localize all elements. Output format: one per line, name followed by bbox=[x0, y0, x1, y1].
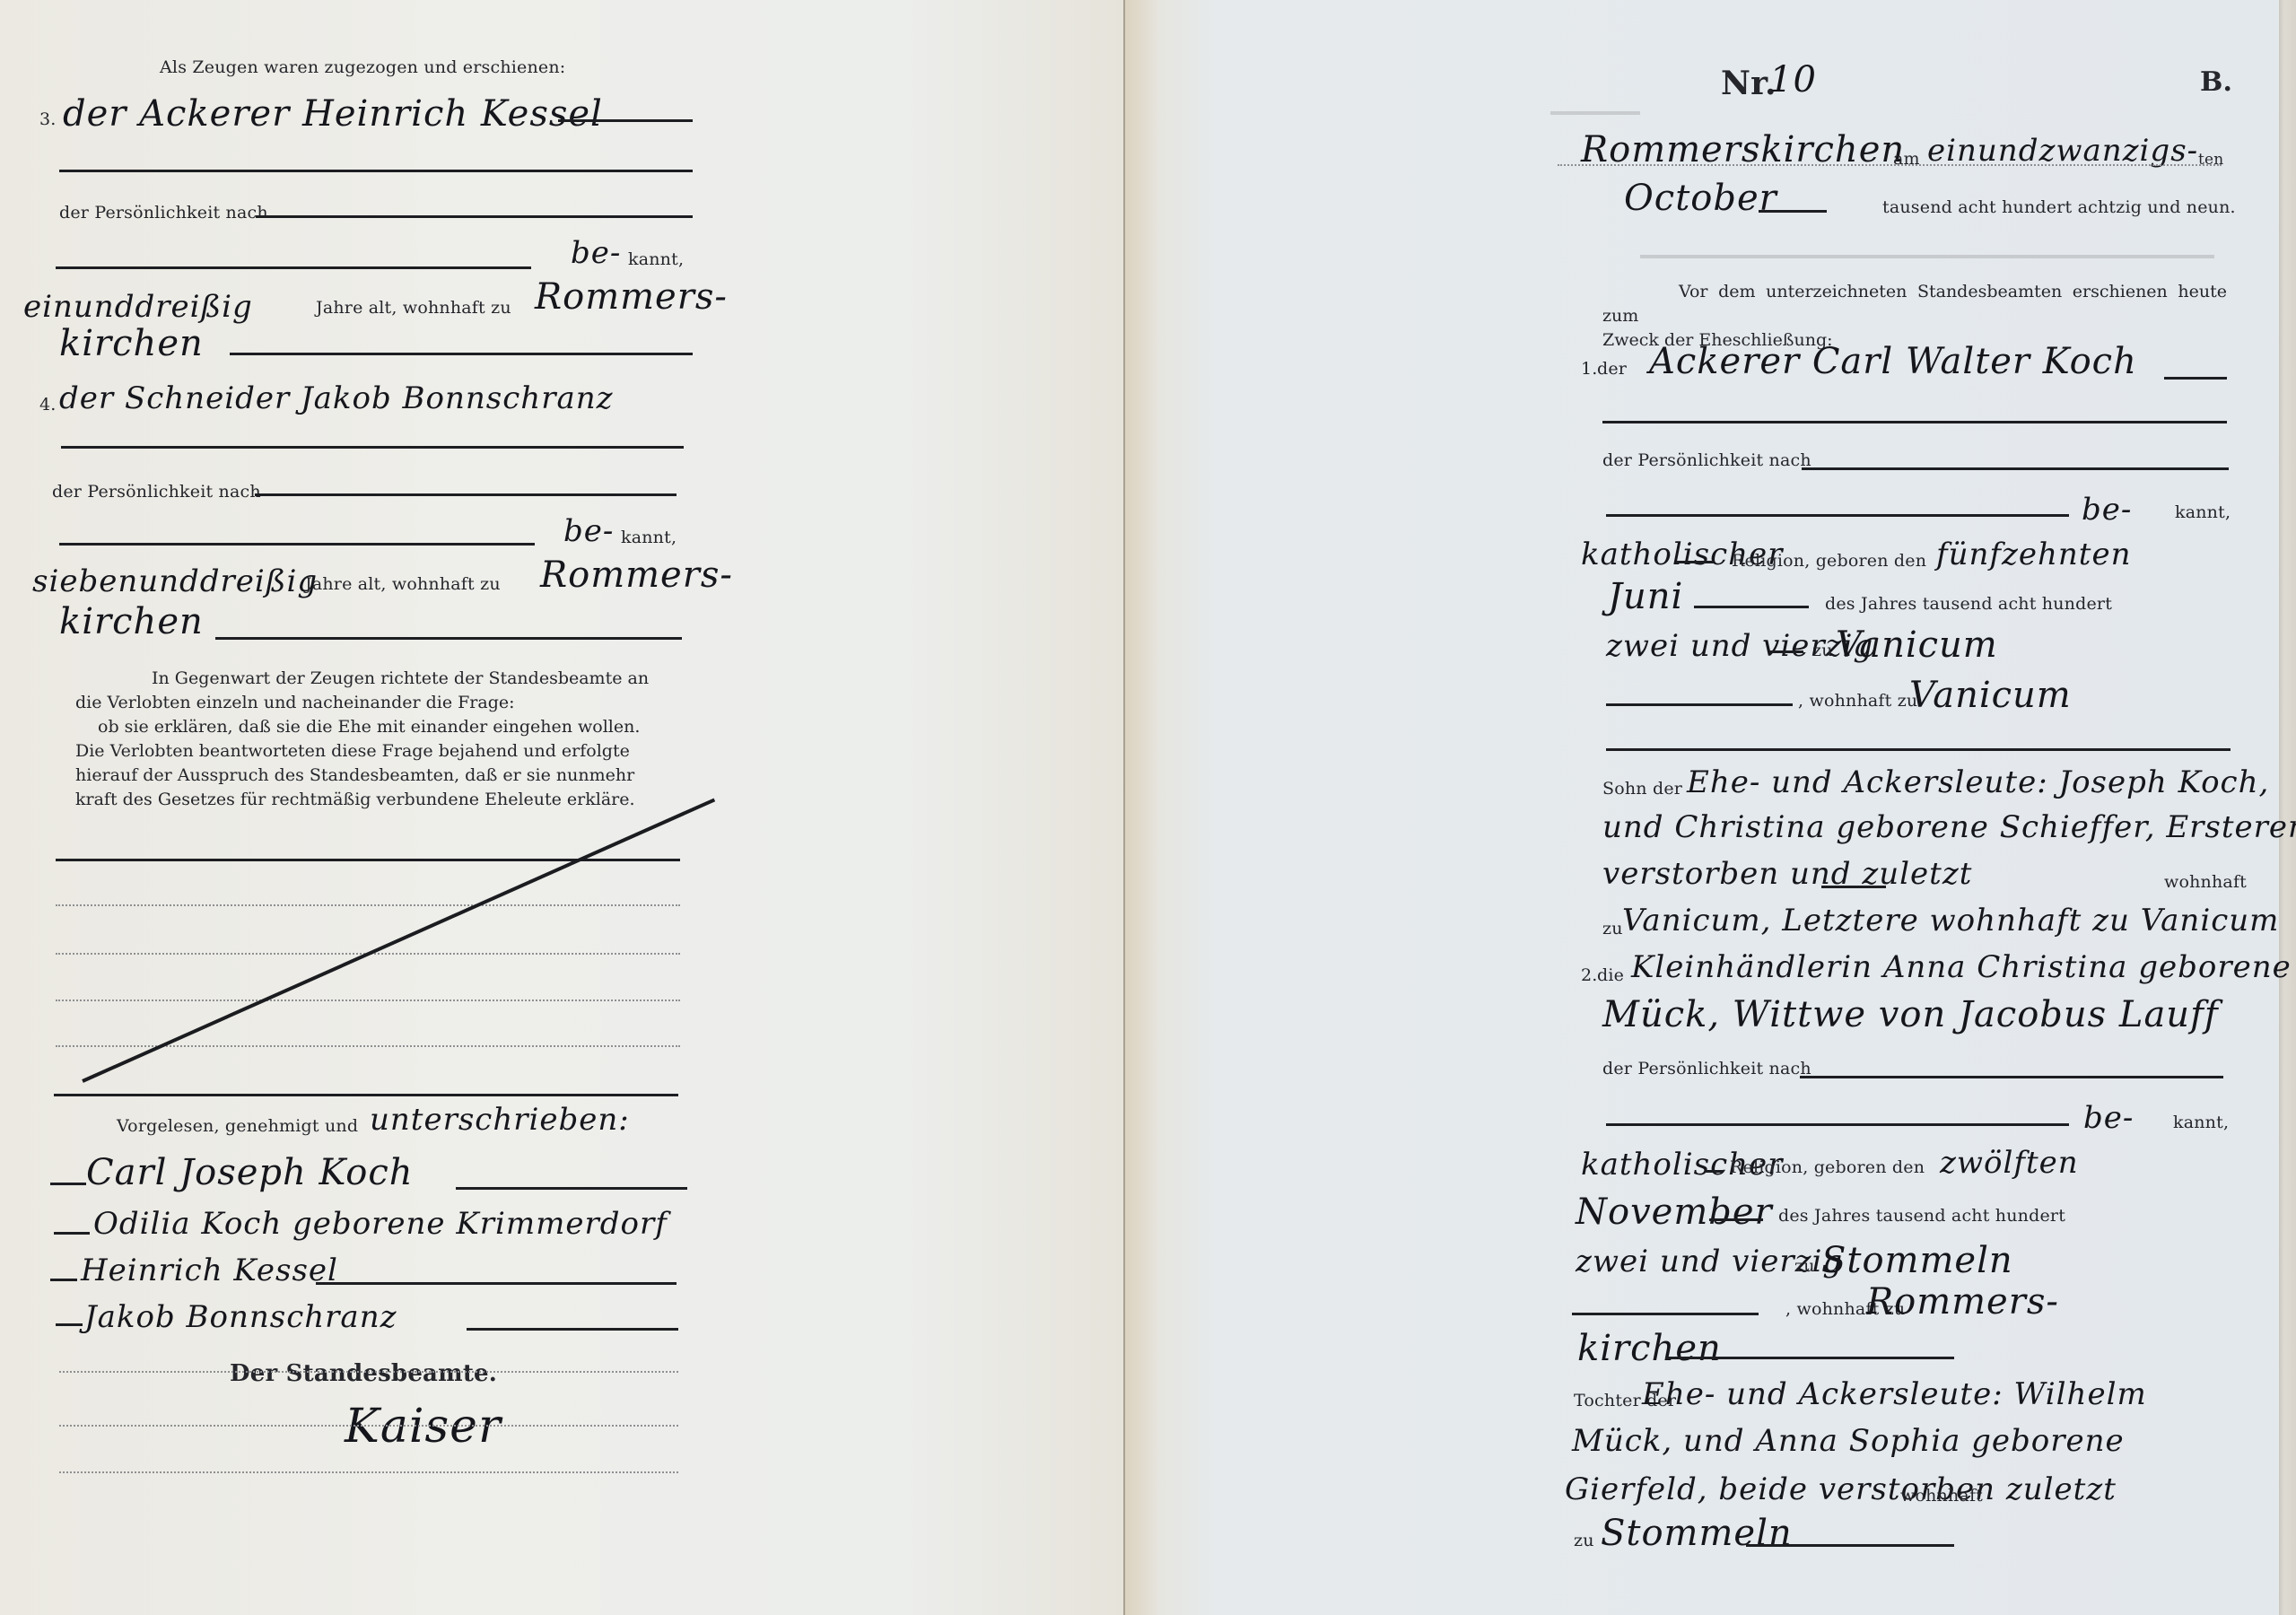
signature-bride: Odilia Koch geborene Krimmerdorf bbox=[93, 1206, 668, 1242]
witness-4-age: siebenunddreißig bbox=[32, 563, 318, 599]
rule bbox=[56, 859, 680, 861]
ghost-rule bbox=[1550, 111, 1640, 115]
bride-parents-line-3: Gierfeld, beide verstorben zuletzt bbox=[1565, 1471, 2117, 1507]
witness-3-known-hand: be- bbox=[571, 235, 621, 271]
groom-residence: Vanicum bbox=[1909, 675, 2072, 716]
witness-3-personality-label: der Persönlichkeit nach bbox=[59, 203, 268, 223]
bride-residence-2: kirchen bbox=[1577, 1328, 1722, 1369]
ceremony-line: hierauf der Ausspruch des Standesbeamten… bbox=[75, 764, 678, 788]
rule bbox=[1709, 1218, 1763, 1221]
bride-parents-line-1: Ehe- und Ackersleute: Wilhelm bbox=[1642, 1376, 2147, 1412]
rule bbox=[1572, 1313, 1759, 1315]
groom-residence-label: , wohnhaft zu bbox=[1798, 691, 1917, 711]
bride-birth-day: zwölften bbox=[1940, 1145, 2079, 1181]
witness-4-name: der Schneider Jakob Bonnschranz bbox=[59, 380, 614, 416]
rule bbox=[1665, 1357, 1954, 1359]
rule bbox=[1694, 606, 1809, 608]
rule bbox=[61, 446, 684, 449]
rule bbox=[316, 1282, 677, 1285]
dotted-rule bbox=[59, 1371, 678, 1373]
bride-parents-line-4: Stommeln bbox=[1601, 1513, 1793, 1554]
groom-known-print: kannt, bbox=[2175, 502, 2231, 522]
witness-4-residence-2: kirchen bbox=[59, 601, 204, 642]
rule bbox=[50, 1183, 86, 1185]
groom-religion-label: Religion, geboren den bbox=[1732, 551, 1926, 571]
bride-residence-1: Rommers- bbox=[1866, 1281, 2059, 1323]
marriage-year: tausend acht hundert achtzig und neun. bbox=[1882, 197, 2236, 217]
signature-groom: Carl Joseph Koch bbox=[86, 1152, 414, 1193]
groom-parents-wohnhaft: wohnhaft bbox=[2164, 872, 2247, 892]
groom-parents-line-3: verstorben und zuletzt bbox=[1602, 856, 1972, 892]
witnesses-heading: Als Zeugen waren zugezogen und erschiene… bbox=[160, 57, 565, 77]
bride-parents-wohnhaft: wohnhaft bbox=[1900, 1486, 1983, 1506]
rule bbox=[54, 1094, 678, 1096]
rule bbox=[1606, 1123, 2069, 1126]
registrar-label: Der Standesbeamte. bbox=[230, 1360, 497, 1387]
dotted-rule bbox=[59, 1425, 678, 1427]
rule bbox=[56, 266, 531, 269]
rule bbox=[1606, 703, 1793, 706]
ceremony-line: kraft des Gesetzes für rechtmäßig verbun… bbox=[75, 788, 678, 812]
rule bbox=[256, 215, 693, 218]
rule bbox=[59, 543, 535, 546]
ceremony-line: In Gegenwart der Zeugen richtete der Sta… bbox=[75, 667, 678, 691]
witness-4-residence-1: Rommers- bbox=[540, 554, 733, 596]
bride-birth-place: Stommeln bbox=[1821, 1240, 2013, 1281]
witness-3-residence-1: Rommers- bbox=[535, 276, 728, 318]
groom-parents-line-4: Vanicum, Letztere wohnhaft zu Vanicum bbox=[1622, 903, 2279, 938]
dotted-rule bbox=[56, 1045, 680, 1047]
signature-witness-3: Heinrich Kessel bbox=[81, 1253, 338, 1288]
intro-line: Vor dem unterzeichneten Standesbeamten e… bbox=[1602, 280, 2227, 328]
ghost-rule bbox=[1640, 255, 2214, 258]
groom-parents-line-2: und Christina geborene Schieffer, Erster… bbox=[1602, 809, 2296, 845]
bride-name-line-1: Kleinhändlerin Anna Christina geborene bbox=[1631, 949, 2292, 985]
ceremony-line: ob sie erklären, daß sie die Ehe mit ein… bbox=[75, 715, 678, 739]
dotted-rule bbox=[59, 1471, 678, 1473]
dotted-rule bbox=[56, 904, 680, 906]
rule bbox=[467, 1328, 678, 1331]
bride-known-print: kannt, bbox=[2173, 1113, 2229, 1132]
bride-religion-label: Religion, geboren den bbox=[1730, 1157, 1925, 1177]
witness-4-age-label: Jahre alt, wohnhaft zu bbox=[305, 574, 501, 594]
rule bbox=[1705, 1170, 1723, 1173]
groom-parents-prefix: zu bbox=[1602, 919, 1623, 938]
bride-birth-month: November bbox=[1576, 1192, 1773, 1233]
groom-birth-place-prefix: zu bbox=[1812, 641, 1833, 660]
page-edge bbox=[2279, 0, 2296, 1615]
rule bbox=[1602, 421, 2227, 423]
witness-3-known-print: kannt, bbox=[628, 249, 684, 269]
witness-4-personality-label: der Persönlichkeit nach bbox=[52, 482, 261, 502]
rule bbox=[2164, 377, 2227, 380]
groom-number: 1. bbox=[1581, 359, 1598, 379]
rule bbox=[59, 170, 693, 172]
ceremony-line: die Verlobten einzeln und nacheinander d… bbox=[75, 691, 678, 715]
read-approved-hand: unterschrieben: bbox=[370, 1102, 630, 1138]
bride-parents-line-2: Mück, und Anna Sophia geborene bbox=[1572, 1423, 2125, 1459]
witness-4-number: 4. bbox=[39, 395, 57, 415]
witness-3-name: der Ackerer Heinrich Kessel bbox=[63, 93, 603, 135]
bride-article: die bbox=[1597, 965, 1624, 985]
dotted-rule bbox=[56, 1000, 680, 1001]
rule bbox=[1800, 1076, 2223, 1078]
rule bbox=[54, 1232, 90, 1235]
rule bbox=[56, 1323, 83, 1326]
rule bbox=[1802, 467, 2229, 470]
right-page bbox=[1124, 0, 2279, 1615]
groom-parents-label: Sohn der bbox=[1602, 779, 1682, 799]
groom-birth-year-label: des Jahres tausend acht hundert bbox=[1825, 594, 2112, 614]
bride-birth-year-label: des Jahres tausend acht hundert bbox=[1778, 1206, 2065, 1226]
witness-4-known-print: kannt, bbox=[621, 528, 677, 547]
groom-parents-line-1: Ehe- und Ackersleute: Joseph Koch, bbox=[1687, 764, 2269, 800]
witness-3-residence-2: kirchen bbox=[59, 323, 204, 364]
rule bbox=[50, 1279, 77, 1281]
bride-parents-prefix: zu bbox=[1574, 1531, 1594, 1550]
rule bbox=[1676, 561, 1714, 563]
rule bbox=[1606, 514, 2069, 517]
rule bbox=[1769, 650, 1803, 653]
marriage-day: einundzwanzigs- bbox=[1927, 133, 2198, 169]
witness-4-known-hand: be- bbox=[563, 513, 614, 549]
dotted-rule bbox=[1558, 164, 2222, 166]
day-suffix: ten bbox=[2198, 151, 2223, 169]
section-letter: B. bbox=[2200, 66, 2232, 98]
groom-known-hand: be- bbox=[2082, 492, 2132, 528]
rule bbox=[1759, 210, 1827, 213]
rule bbox=[558, 119, 693, 122]
groom-birth-place: Vanicum bbox=[1836, 624, 1998, 666]
witness-3-age-label: Jahre alt, wohnhaft zu bbox=[316, 298, 511, 318]
signature-witness-4: Jakob Bonnschranz bbox=[84, 1299, 397, 1335]
registrar-signature: Kaiser bbox=[345, 1400, 502, 1453]
groom-birth-month: Juni bbox=[1608, 576, 1683, 617]
bride-personality-label: der Persönlichkeit nach bbox=[1602, 1059, 1811, 1078]
marriage-month: October bbox=[1624, 178, 1777, 219]
rule bbox=[255, 493, 677, 496]
groom-birth-year: zwei und vierzig bbox=[1606, 628, 1873, 664]
rule bbox=[230, 353, 693, 355]
gutter-shadow bbox=[1125, 0, 1161, 1615]
read-approved-label: Vorgelesen, genehmigt und bbox=[117, 1116, 358, 1136]
groom-name: Ackerer Carl Walter Koch bbox=[1649, 341, 2137, 382]
rule bbox=[456, 1187, 687, 1190]
rule bbox=[215, 637, 682, 640]
bride-number: 2. bbox=[1581, 965, 1598, 985]
witness-3-number: 3. bbox=[39, 109, 57, 129]
groom-personality-label: der Persönlichkeit nach bbox=[1602, 450, 1811, 470]
bride-name-line-2: Mück, Wittwe von Jacobus Lauff bbox=[1602, 994, 2219, 1035]
groom-article: der bbox=[1597, 359, 1627, 379]
groom-birth-day: fünfzehnten bbox=[1936, 537, 2131, 572]
record-number-label: Nr. bbox=[1721, 65, 1777, 102]
record-number-value: 10 bbox=[1769, 59, 1817, 100]
rule bbox=[1821, 886, 1886, 888]
ceremony-line: Die Verlobten beantworteten diese Frage … bbox=[75, 739, 678, 764]
witness-3-age: einunddreißig bbox=[23, 289, 253, 325]
ceremony-paragraph: In Gegenwart der Zeugen richtete der Sta… bbox=[75, 667, 678, 812]
rule bbox=[1746, 1544, 1954, 1547]
bride-birth-place-prefix: zu bbox=[1794, 1256, 1815, 1276]
rule bbox=[1606, 748, 2231, 751]
bride-known-hand: be- bbox=[2083, 1100, 2134, 1136]
